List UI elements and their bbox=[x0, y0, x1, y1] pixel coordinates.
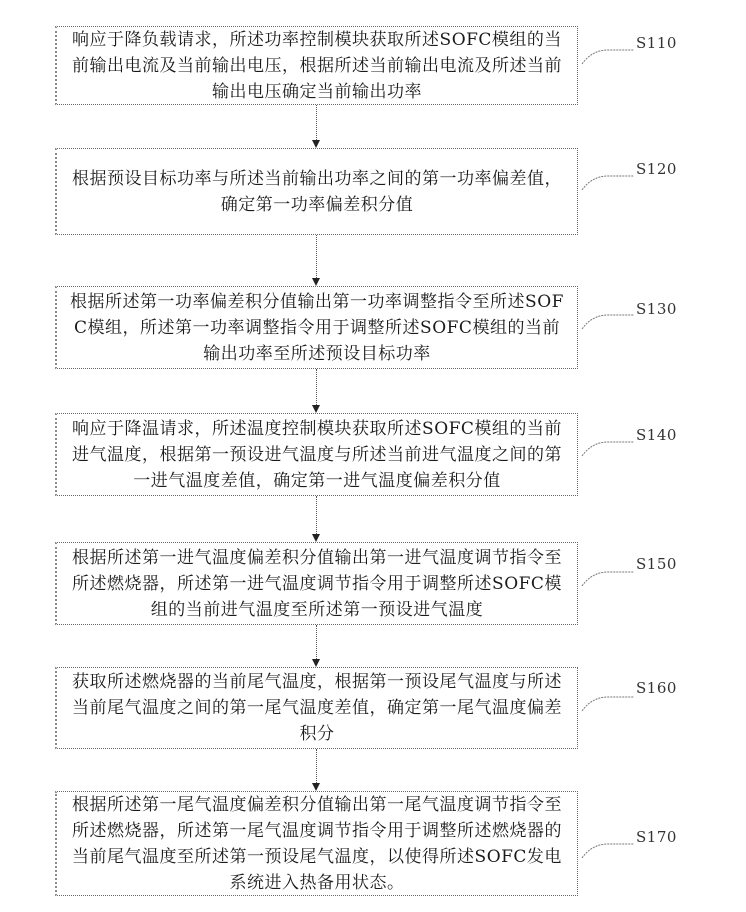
arrow-down-icon bbox=[312, 140, 320, 148]
step-box-s170: 根据所述第一尾气温度偏差积分值输出第一尾气温度调节指令至所述燃烧器，所述第一尾气… bbox=[55, 791, 578, 896]
step-text-s160: 获取所述燃烧器的当前尾气温度，根据第一预设尾气温度与所述当前尾气温度之间的第一尾… bbox=[67, 669, 567, 747]
connector-line-s140-s150 bbox=[316, 496, 317, 534]
arrow-down-icon bbox=[312, 278, 320, 286]
step-label-s140: S140 bbox=[636, 426, 677, 444]
step-label-s150: S150 bbox=[636, 555, 677, 573]
leader-line-s160 bbox=[578, 689, 634, 713]
step-label-s120: S120 bbox=[636, 160, 677, 178]
step-text-s140: 响应于降温请求，所述温度控制模块获取所述SOFC模组的当前进气温度，根据第一预设… bbox=[67, 416, 567, 494]
arrow-down-icon bbox=[312, 659, 320, 667]
connector-line-s110-s120 bbox=[316, 105, 317, 140]
leader-line-s150 bbox=[578, 564, 634, 588]
leader-line-s110 bbox=[578, 42, 634, 66]
step-box-s130: 根据所述第一功率偏差积分值输出第一功率调整指令至所述SOFC模组，所述第一功率调… bbox=[55, 286, 578, 369]
connector-line-s130-s140 bbox=[316, 369, 317, 405]
step-text-s150: 根据所述第一进气温度偏差积分值输出第一进气温度调节指令至所述燃烧器，所述第一进气… bbox=[67, 545, 567, 623]
arrow-down-icon bbox=[312, 783, 320, 791]
step-label-s160: S160 bbox=[636, 679, 677, 697]
step-box-s160: 获取所述燃烧器的当前尾气温度，根据第一预设尾气温度与所述当前尾气温度之间的第一尾… bbox=[55, 667, 578, 749]
arrow-down-icon bbox=[312, 405, 320, 413]
leader-line-s140 bbox=[578, 434, 634, 458]
step-box-s120: 根据预设目标功率与所述当前输出功率之间的第一功率偏差值，确定第一功率偏差积分值 bbox=[55, 148, 578, 235]
step-box-s150: 根据所述第一进气温度偏差积分值输出第一进气温度调节指令至所述燃烧器，所述第一进气… bbox=[55, 542, 578, 625]
step-label-s170: S170 bbox=[636, 828, 677, 846]
step-text-s130: 根据所述第一功率偏差积分值输出第一功率调整指令至所述SOFC模组，所述第一功率调… bbox=[67, 289, 567, 367]
connector-line-s120-s130 bbox=[316, 235, 317, 278]
step-text-s110: 响应于降负载请求，所述功率控制模块获取所述SOFC模组的当前输出电流及当前输出电… bbox=[67, 27, 567, 105]
step-box-s110: 响应于降负载请求，所述功率控制模块获取所述SOFC模组的当前输出电流及当前输出电… bbox=[55, 26, 578, 105]
leader-line-s130 bbox=[578, 307, 634, 331]
step-label-s130: S130 bbox=[636, 300, 677, 318]
leader-line-s120 bbox=[578, 168, 634, 192]
step-text-s170: 根据所述第一尾气温度偏差积分值输出第一尾气温度调节指令至所述燃烧器，所述第一尾气… bbox=[67, 792, 567, 896]
connector-line-s160-s170 bbox=[316, 749, 317, 783]
step-text-s120: 根据预设目标功率与所述当前输出功率之间的第一功率偏差值，确定第一功率偏差积分值 bbox=[67, 166, 567, 218]
step-label-s110: S110 bbox=[636, 34, 677, 52]
step-box-s140: 响应于降温请求，所述温度控制模块获取所述SOFC模组的当前进气温度，根据第一预设… bbox=[55, 413, 578, 496]
leader-line-s170 bbox=[578, 836, 634, 860]
connector-line-s150-s160 bbox=[316, 625, 317, 659]
arrow-down-icon bbox=[312, 534, 320, 542]
